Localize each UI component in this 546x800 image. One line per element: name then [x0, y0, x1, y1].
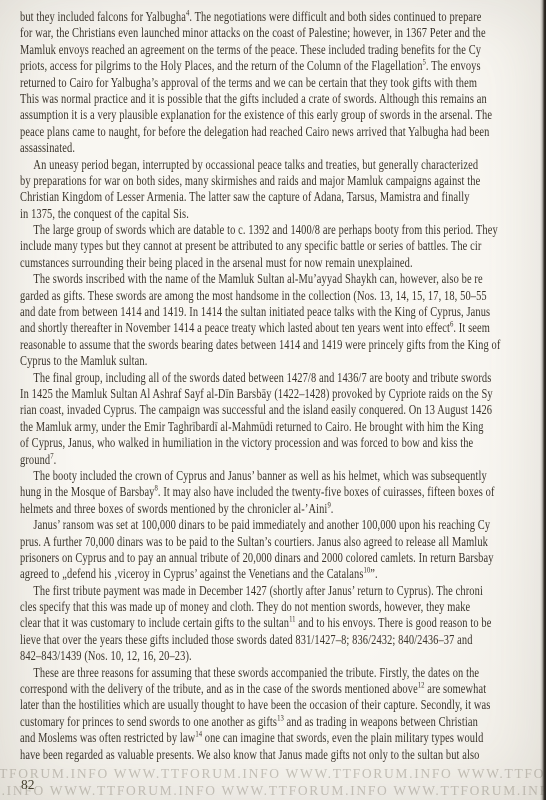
text-line: reasonable to assume that the swords bea…	[20, 337, 546, 353]
text-line: The swords inscribed with the name of th…	[20, 271, 546, 287]
text-line: Mamluk envoys reached an agreement on th…	[20, 42, 546, 58]
footnote-ref: 4	[186, 8, 189, 18]
text-line: peace plans came to naught, for before t…	[20, 124, 546, 140]
page-edge-shadow	[540, 0, 546, 800]
paragraph: The swords inscribed with the name of th…	[20, 271, 546, 369]
text-line: The first tribute payment was made in De…	[20, 583, 546, 599]
watermark-line: WWW.TTFORUM.INFO WWW.TTFORUM.INFO WWW.TT…	[0, 766, 546, 782]
text-line: but they included falcons for Yalbugha4.…	[20, 9, 546, 25]
text-line: Janus’ ransom was set at 100,000 dinars …	[20, 517, 546, 533]
text-line: An uneasy period began, interrupted by o…	[20, 157, 546, 173]
text-line: prisoners on Cyprus and to pay an annual…	[20, 550, 546, 566]
paragraph: The large group of swords which are data…	[20, 222, 546, 271]
page-number: 82	[21, 777, 35, 793]
text-line: The large group of swords which are data…	[20, 222, 546, 238]
text-line: lieve that over the years these gifts in…	[20, 632, 546, 648]
paragraph: An uneasy period began, interrupted by o…	[20, 157, 546, 223]
text-line: returned to Cairo for Yalbugha’s approva…	[20, 75, 546, 91]
text-line: clear that it was customary to include c…	[20, 615, 546, 631]
watermark-line: WWW.TTFORUM.INFO WWW.TTFORUM.INFO WWW.TT…	[0, 783, 546, 799]
book-page: but they included falcons for Yalbugha4.…	[0, 0, 546, 800]
paragraph: but they included falcons for Yalbugha4.…	[20, 9, 546, 157]
paragraph: The booty included the crown of Cyprus a…	[20, 468, 546, 517]
footnote-ref: 14	[195, 729, 202, 739]
text-line: Cyprus to the Mamluk sultan.	[20, 353, 546, 369]
footnote-ref: 5	[423, 57, 426, 67]
text-line: The final group, including all of the sw…	[20, 370, 546, 386]
text-line: assassinated.	[20, 140, 546, 156]
text-line: have been regarded as valuable presents.…	[20, 747, 546, 763]
text-line: correspond with the delivery of the trib…	[20, 681, 546, 697]
page-text: but they included falcons for Yalbugha4.…	[20, 9, 546, 763]
text-line: customary for princes to send swords to …	[20, 714, 546, 730]
text-line: The booty included the crown of Cyprus a…	[20, 468, 546, 484]
footnote-ref: 11	[289, 614, 295, 624]
footnote-ref: 12	[418, 680, 425, 690]
text-line: These are three reasons for assuming tha…	[20, 665, 546, 681]
text-line: prus. A further 70,000 dinars was to be …	[20, 534, 546, 550]
text-line: This was normal practice and it is possi…	[20, 91, 546, 107]
text-line: garded as gifts. These swords are among …	[20, 288, 546, 304]
text-line: the Mamluk army, under the Emir Taghrība…	[20, 419, 546, 435]
text-line: hung in the Mosque of Barsbay8. It may a…	[20, 484, 546, 500]
footnote-ref: 7	[50, 450, 53, 460]
text-line: cles specify that this was made up of mo…	[20, 599, 546, 615]
text-line: Christian Kingdom of Lesser Armenia. The…	[20, 189, 546, 205]
footnote-ref: 13	[277, 712, 284, 722]
paragraph: Janus’ ransom was set at 100,000 dinars …	[20, 517, 546, 583]
text-line: helmets and three boxes of swords mentio…	[20, 501, 546, 517]
text-line: and Moslems was often restricted by law1…	[20, 730, 546, 746]
paragraph: The final group, including all of the sw…	[20, 370, 546, 468]
text-line: 842–843/1439 (Nos. 10, 12, 16, 20–23).	[20, 648, 546, 664]
footnote-ref: 6	[450, 319, 453, 329]
text-line: In 1425 the Mamluk Sultan Al Ashraf Sayf…	[20, 386, 546, 402]
text-line: ground7.	[20, 452, 546, 468]
footnote-ref: 8	[155, 483, 158, 493]
text-line: agreed to „defend his ‚viceroy in Cyprus…	[20, 566, 546, 582]
text-line: in 1375, the conquest of the capital Sis…	[20, 206, 546, 222]
text-line: for war, the Christians even launched mi…	[20, 25, 546, 41]
text-line: priots, access for pilgrims to the Holy …	[20, 58, 546, 74]
text-line: and shortly thereafter in November 1414 …	[20, 320, 546, 336]
paragraph: These are three reasons for assuming tha…	[20, 665, 546, 763]
footnote-ref: 9	[327, 499, 330, 509]
text-line: assumption it is a very plausible explan…	[20, 107, 546, 123]
text-line: of Cyprus, Janus, who walked in humiliat…	[20, 435, 546, 451]
text-line: rian coast, invaded Cyprus. The campaign…	[20, 402, 546, 418]
text-line: include many types but they cannot at pr…	[20, 238, 546, 254]
text-line: by preparations for war on both sides, m…	[20, 173, 546, 189]
paragraph: The first tribute payment was made in De…	[20, 583, 546, 665]
text-line: and date from between 1414 and 1419. In …	[20, 304, 546, 320]
text-line: later than the hostilities which are usu…	[20, 697, 546, 713]
footnote-ref: 10	[364, 565, 371, 575]
text-line: cumstances surrounding their being place…	[20, 255, 546, 271]
